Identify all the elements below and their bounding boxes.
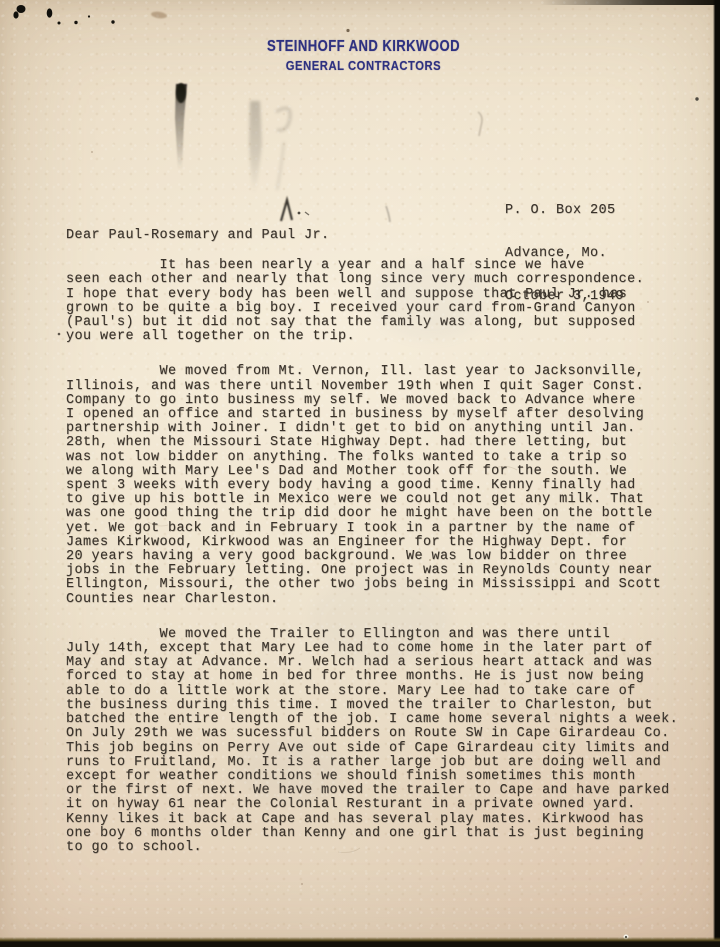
- po-box-line: P. O. Box 205: [505, 204, 624, 218]
- paragraph: It has been nearly a year and a half sin…: [66, 259, 691, 344]
- paragraph: We moved the Trailer to Ellington and wa…: [66, 628, 691, 855]
- scan-edge-top: [540, 0, 720, 5]
- paragraph: We moved from Mt. Vernon, Ill. last year…: [66, 365, 691, 606]
- letter-body: Dear Paul-Rosemary and Paul Jr. It has b…: [66, 229, 691, 876]
- company-tagline: GENERAL CONTRACTORS: [49, 59, 678, 73]
- scan-edge-bottom: [0, 937, 720, 947]
- salutation: Dear Paul-Rosemary and Paul Jr.: [66, 229, 691, 243]
- scan-edge-right: [713, 0, 720, 947]
- letter-scan-page: STEINHOFF AND KIRKWOOD GENERAL CONTRACTO…: [0, 0, 720, 947]
- letterhead-stamp: STEINHOFF AND KIRKWOOD GENERAL CONTRACTO…: [14, 38, 713, 73]
- company-name: STEINHOFF AND KIRKWOOD: [77, 38, 650, 56]
